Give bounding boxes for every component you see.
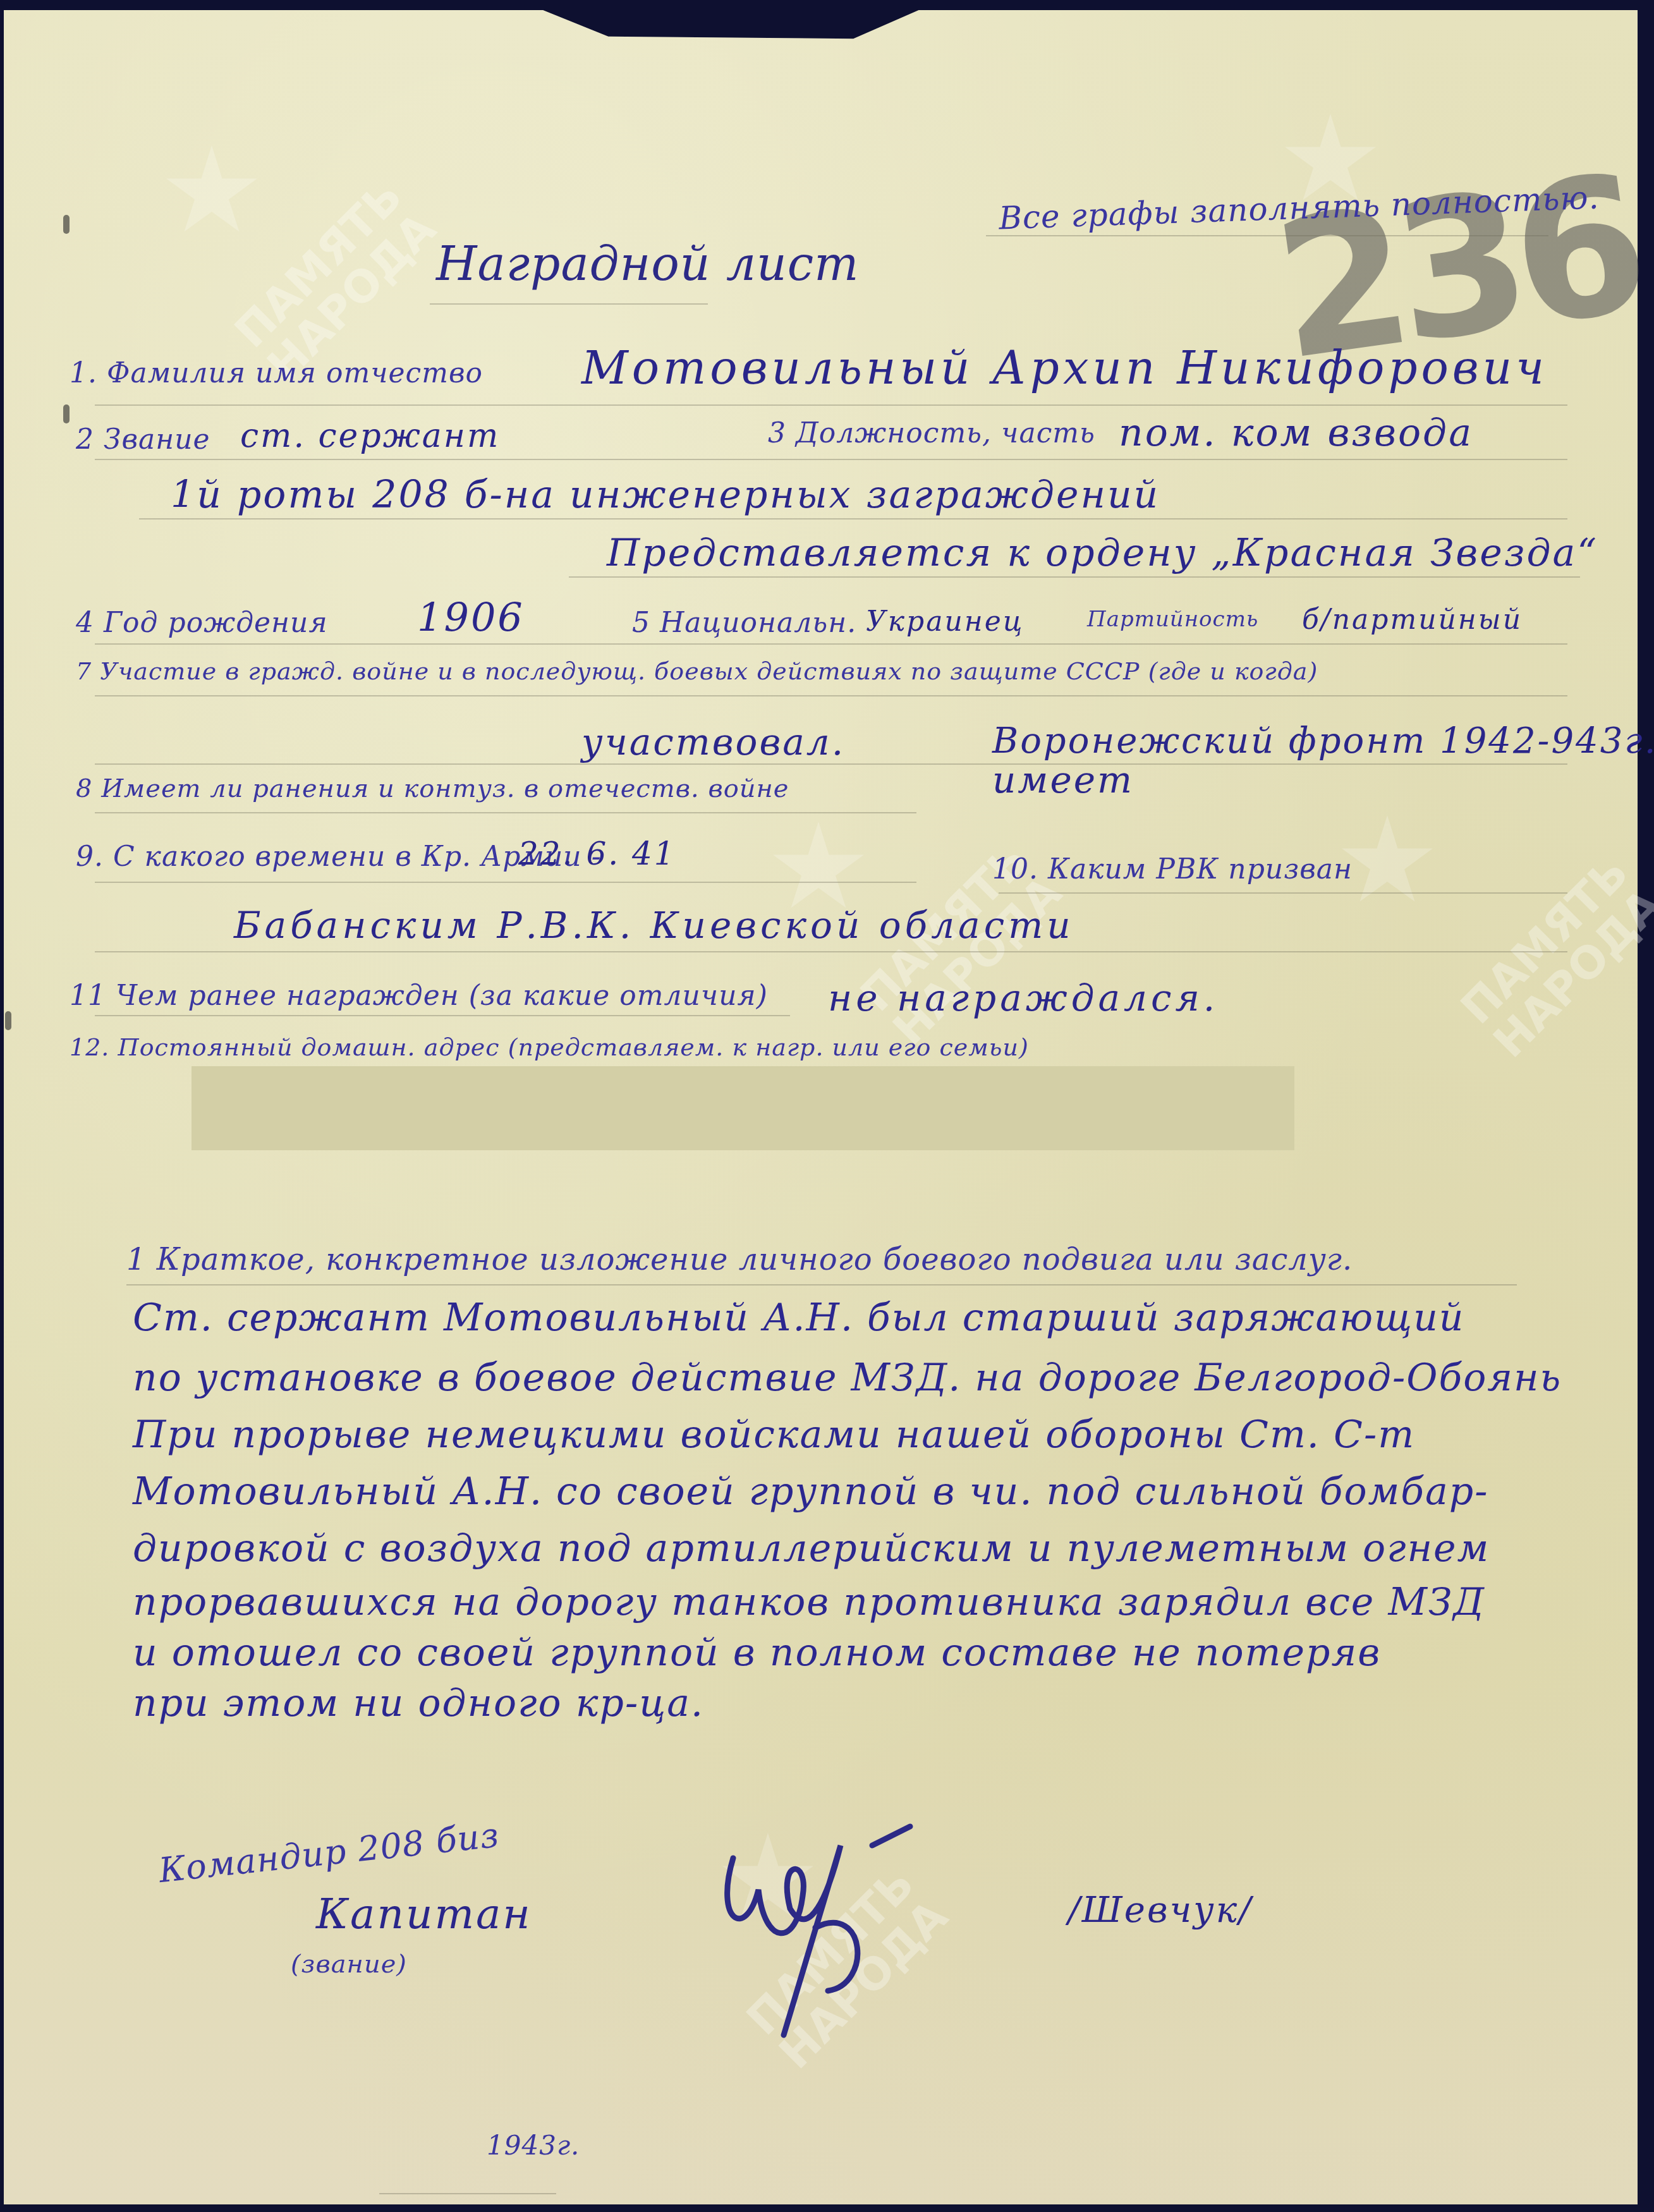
punch-hole: [5, 1011, 11, 1030]
redacted-address: [192, 1066, 1294, 1150]
narrative-line: Мотовильный А.Н. со своей группой в чи. …: [133, 1469, 1488, 1514]
rule: [986, 235, 1548, 236]
rule: [95, 459, 1567, 460]
commander-signature: [721, 1820, 948, 2048]
field-7-value: участвовал.: [581, 720, 845, 763]
commander-rank: Капитан: [316, 1890, 532, 1938]
field-8-label: 8 Имеет ли ранения и контуз. в отечеств.…: [76, 774, 789, 803]
narrative-line: Ст. сержант Мотовильный А.Н. был старший…: [133, 1296, 1464, 1340]
field-4-label: 4 Год рождения: [76, 607, 328, 639]
punch-hole: [63, 404, 70, 423]
rule: [430, 303, 708, 305]
rule: [95, 763, 1567, 765]
field-11-label: 11 Чем ранее награжден (за какие отличия…: [70, 980, 768, 1012]
field-1-label: 1. Фамилия имя отчество: [70, 357, 483, 389]
field-12-label: 12. Постоянный домашн. адрес (представля…: [70, 1033, 1029, 1061]
rule: [95, 695, 1567, 696]
rank-caption: (звание): [291, 1950, 407, 1979]
rule: [95, 404, 1567, 406]
narrative-line: прорвавшихся на дорогу танков противника…: [133, 1580, 1485, 1624]
rule: [95, 882, 916, 883]
rule: [126, 1284, 1517, 1285]
field-2-value: ст. сержант: [240, 417, 500, 455]
narrative-line: и отошел со своей группой в полном соста…: [133, 1631, 1381, 1675]
rule: [95, 951, 1567, 952]
rule: [95, 1015, 790, 1016]
field-7-value-front: Воронежский фронт 1942-943г.: [992, 720, 1654, 762]
rule: [569, 576, 1580, 578]
field-5-value: Украинец: [866, 605, 1025, 638]
rule: [139, 518, 1567, 520]
rule: [95, 643, 1567, 645]
narrative-line: дировкой с воздуха под артиллерийским и …: [133, 1526, 1490, 1571]
field-6-label: Партийность: [1087, 607, 1258, 632]
document-title: Наградной лист: [436, 237, 859, 291]
punch-hole: [63, 215, 70, 234]
narrative-line: при этом ни одного кр-ца.: [133, 1681, 704, 1725]
field-1-value: Мотовильный Архип Никифорович: [581, 341, 1548, 394]
nomination: Представляется к ордену „Красная Звезда“: [607, 531, 1598, 575]
rule: [379, 2193, 556, 2194]
narrative-line: При прорыве немецкими войсками нашей обо…: [133, 1413, 1415, 1457]
field-10-label: 10. Каким РВК призван: [992, 853, 1353, 885]
rule: [95, 812, 916, 813]
field-7-label: 7 Участие в гражд. войне и в последующ. …: [76, 657, 1318, 685]
field-3-label: 3 Должность, часть: [768, 417, 1095, 449]
field-3-value-continued: 1й роты 208 б-на инженерных заграждений: [171, 473, 1160, 517]
field-8-value: имеет: [992, 758, 1134, 801]
document-year: 1943г.: [487, 2130, 580, 2161]
field-5-label: 5 Национальн.: [632, 607, 856, 639]
narrative-line: по установке в боевое действие МЗД. на д…: [133, 1356, 1562, 1400]
commander-name: /Шевчук/: [1068, 1890, 1253, 1931]
field-4-value: 1906: [417, 594, 525, 640]
field-10-value: Бабанским Р.В.К. Киевской области: [234, 904, 1074, 947]
field-9-value: 22. 6. 41: [518, 836, 676, 872]
narrative-heading: 1 Краткое, конкретное изложение личного …: [126, 1242, 1353, 1277]
field-11-value: не награждался.: [828, 976, 1219, 1019]
field-2-label: 2 Звание: [76, 423, 210, 456]
rule: [999, 892, 1567, 894]
field-3-value: пом. ком взвода: [1119, 411, 1473, 455]
field-6-value: б/партийный: [1302, 604, 1523, 636]
